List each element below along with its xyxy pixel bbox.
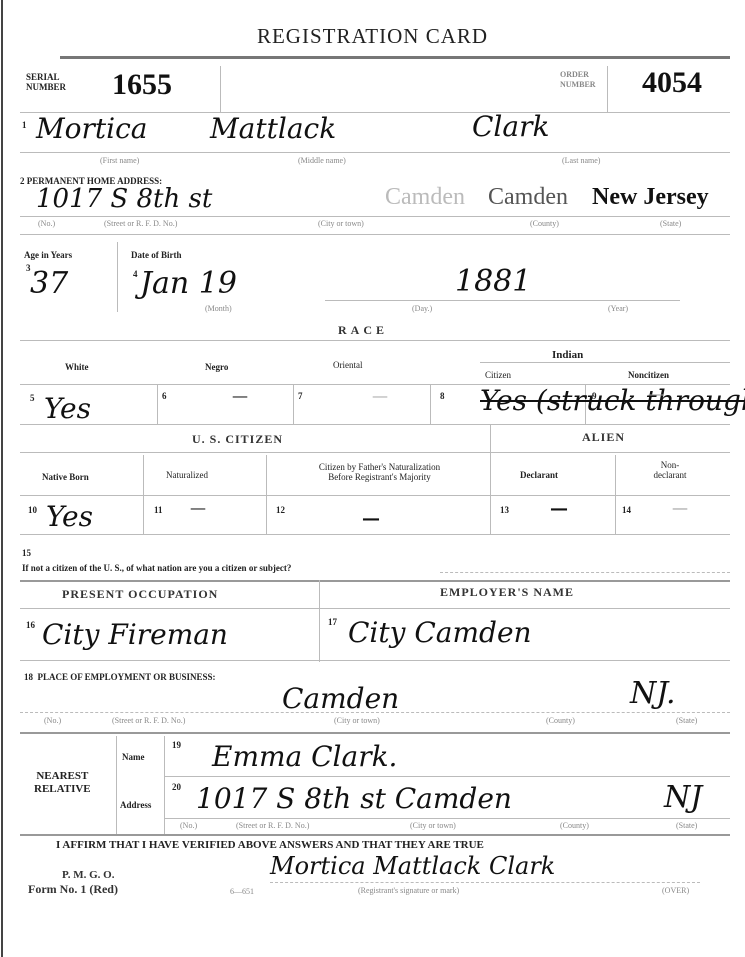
race-divider [430,384,431,424]
relative-address-state: NJ [664,780,702,815]
rule [20,152,730,153]
fathers-nat-line1: Citizen by Father's Naturalization [282,462,477,472]
naturalized-label: Naturalized [166,470,208,480]
field-4-number: 4 [133,269,138,279]
rule [20,534,730,535]
registrant-signature: Mortica Mattlack Clark [270,852,555,880]
relative-address-label: Address [120,800,151,810]
fathers-nat-line2: Before Registrant's Majority [282,472,477,482]
caption-no: (No.) [38,219,55,228]
order-label-line2: NUMBER [560,80,596,90]
fathers-nat-value: — [362,508,380,529]
rule [20,495,730,496]
race-indian-citizen-label: Citizen [485,370,511,380]
card-title: REGISTRATION CARD [0,24,745,49]
employment-state: NJ. [630,676,675,711]
field-9-number: 9 [592,391,597,401]
relative-name-value: Emma Clark. [212,740,397,773]
dob-month-day: Jan 19 [140,266,237,301]
race-negro-label: Negro [205,362,228,372]
field-16-number: 16 [26,620,35,630]
native-born-value: Yes [46,500,93,533]
form-id-line2: Form No. 1 (Red) [28,884,118,894]
caption-month: (Month) [205,304,232,313]
caption-city: (City or town) [334,716,380,725]
occupation-divider [319,580,320,662]
non-declarant-label: Non- declarant [640,460,700,480]
rule [480,362,730,363]
rule [20,234,730,235]
rule [325,300,680,301]
employer-value: City Camden [348,616,532,649]
caption-county: (County) [546,716,575,725]
field-12-number: 12 [276,505,285,515]
caption-street: (Street or R. F. D. No.) [236,821,309,830]
order-label-line1: ORDER [560,70,596,80]
rule [20,608,730,609]
citizen-alien-divider [490,424,491,534]
declarant-label: Declarant [520,470,558,480]
employment-city: Camden [282,682,399,715]
field-18-label: 18 PLACE OF EMPLOYMENT OR BUSINESS: [24,672,216,682]
field-11-number: 11 [154,505,163,515]
caption-no: (No.) [180,821,197,830]
rule [20,340,730,341]
nearest-relative-label: NEAREST RELATIVE [34,770,91,796]
dob-year: 1881 [455,264,531,299]
order-label: ORDER NUMBER [560,70,596,90]
nearest-relative-line2: RELATIVE [34,783,91,796]
serial-label-line2: NUMBER [26,82,66,92]
over-label: (OVER) [662,886,689,895]
nearest-relative-line1: NEAREST [34,770,91,783]
field-18-number: 18 [24,672,33,682]
caption-state: (State) [676,716,697,725]
caption-county: (County) [560,821,589,830]
affirmation-text: I AFFIRM THAT I HAVE VERIFIED ABOVE ANSW… [56,840,484,850]
us-citizen-title: U. S. CITIZEN [192,432,283,447]
declarant-value: — [550,498,568,519]
non-declarant-line2: declarant [640,470,700,480]
caption-state: (State) [660,219,681,228]
field-8-number: 8 [440,391,445,401]
serial-number: 1655 [112,68,172,102]
caption-state: (State) [676,821,697,830]
race-white-value: Yes [44,392,91,425]
dob-label: Date of Birth [131,250,182,260]
rule [20,712,730,713]
rule [20,216,730,217]
non-declarant-value: — [672,498,688,517]
race-indian-title: Indian [552,350,583,360]
relative-divider [164,736,165,836]
field-10-number: 10 [28,505,37,515]
form-id-line1: P. M. G. O. [62,870,114,880]
age-divider [117,242,118,312]
caption-street: (Street or R. F. D. No.) [112,716,185,725]
home-street: 1017 S 8th st [36,184,212,214]
fathers-naturalization-label: Citizen by Father's Naturalization Befor… [282,462,477,482]
field-2-number: 2 [20,176,25,186]
race-oriental-label: Oriental [333,360,363,370]
race-divider [293,384,294,424]
race-indian-noncitizen-value: — [648,384,664,403]
age-value: 37 [30,266,68,301]
print-code: 6—651 [230,887,254,896]
rule [20,580,730,582]
rule [20,834,730,836]
title-rule [60,56,730,59]
field-17-number: 17 [328,617,337,627]
field-15-number: 15 [22,548,31,558]
rule [164,776,730,777]
caption-day: (Day.) [412,304,432,313]
field-5-number: 5 [30,393,35,403]
employers-name-title: EMPLOYER'S NAME [440,585,574,600]
occupation-value: City Fireman [42,618,228,651]
field-6-number: 6 [162,391,167,401]
caption-street: (Street or R. F. D. No.) [104,219,177,228]
caption-last-name: (Last name) [562,156,600,165]
race-divider [157,384,158,424]
caption-middle-name: (Middle name) [298,156,346,165]
caption-no: (No.) [44,716,61,725]
caption-year: (Year) [608,304,628,313]
field-15-question: If not a citizen of the U. S., of what n… [22,563,291,573]
caption-city: (City or town) [410,821,456,830]
field-18-text: PLACE OF EMPLOYMENT OR BUSINESS: [38,672,216,682]
middle-name: Mattlack [210,112,336,145]
native-born-label: Native Born [42,472,89,482]
home-city-stamp: Camden [385,184,465,211]
race-white-label: White [65,362,89,372]
last-name: Clark [472,110,549,143]
home-county-stamp: Camden [488,184,568,211]
home-state-stamp: New Jersey [592,184,709,211]
rule [440,572,730,573]
serial-divider [220,66,221,112]
relative-address-value: 1017 S 8th st Camden [196,782,512,815]
age-label: Age in Years [24,250,72,260]
race-title: RACE [338,323,388,338]
caption-city: (City or town) [318,219,364,228]
race-oriental-value: — [372,386,388,405]
naturalized-value: — [190,498,206,517]
rule [164,818,730,819]
order-number: 4054 [642,66,702,100]
rule [20,660,730,661]
serial-label-line1: SERIAL [26,72,66,82]
card-edge [1,0,3,957]
race-indian-citizen-value: Yes (struck through) [480,384,745,417]
field-19-number: 19 [172,740,181,750]
field-7-number: 7 [298,391,303,401]
caption-first-name: (First name) [100,156,139,165]
first-name: Mortica [36,112,148,145]
field-14-number: 14 [622,505,631,515]
rule [20,424,730,425]
non-declarant-line1: Non- [640,460,700,470]
race-indian-noncitizen-label: Noncitizen [628,370,669,380]
relative-name-label: Name [122,752,145,762]
field-20-number: 20 [172,782,181,792]
field-13-number: 13 [500,505,509,515]
rule [20,732,730,734]
present-occupation-title: PRESENT OCCUPATION [62,587,218,602]
field-1-number: 1 [22,120,27,130]
rule [20,452,730,453]
race-negro-value: — [232,386,248,405]
order-divider [607,66,608,112]
caption-county: (County) [530,219,559,228]
serial-label: SERIAL NUMBER [26,72,66,92]
relative-divider [116,736,117,836]
alien-title: ALIEN [582,430,625,445]
rule [270,882,700,883]
signature-caption: (Registrant's signature or mark) [358,886,459,895]
